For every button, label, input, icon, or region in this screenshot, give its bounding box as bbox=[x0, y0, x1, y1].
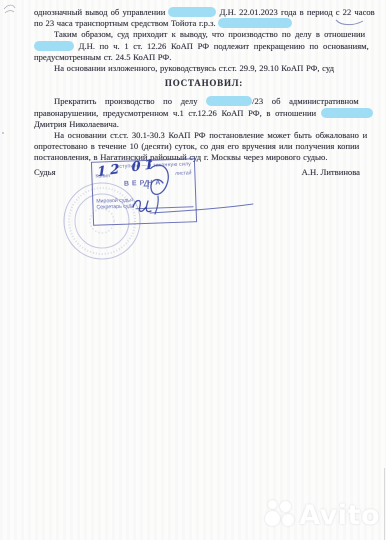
signature-row: Судья А.Н. Литвинова bbox=[34, 167, 374, 178]
redaction-highlight bbox=[206, 96, 252, 106]
corner-scribble bbox=[4, 5, 15, 13]
text-run: Прекратить производство по делу bbox=[54, 96, 198, 106]
text-run: правонарушении, предусмотренном ч.1 ст.1… bbox=[34, 108, 316, 118]
avito-logo-icon bbox=[265, 499, 296, 530]
doc-line: Д.Н. по ч. 1 ст. 12.26 КоАП РФ подлежит … bbox=[34, 41, 374, 52]
doc-line: На основании изложенного, руководствуясь… bbox=[34, 63, 374, 74]
ink-speck bbox=[2, 132, 4, 134]
scanned-court-ruling-page: однозначный вывод об управлении Д.Н. 22.… bbox=[0, 0, 386, 540]
text-run: предусмотренным ст. 24.5 КоАП РФ. bbox=[34, 52, 171, 62]
text-run: На основании изложенного, руководствуясь… bbox=[54, 63, 334, 73]
doc-line: Прекратить производство по делу /23 об а… bbox=[34, 96, 374, 107]
doc-line: опротестовано в течение 10 (десяти) суто… bbox=[34, 141, 374, 152]
text-run: Д.Н. 22.01.2023 года в период с 22 часов bbox=[220, 7, 375, 17]
text-run: Дмитрия Николаевича. bbox=[34, 119, 119, 129]
text-run: Таким образом, суд приходит к выводу, чт… bbox=[54, 29, 365, 39]
doc-line: по 23 часа транспортным средством Тойота… bbox=[34, 18, 374, 29]
court-ruling-text: однозначный вывод об управлении Д.Н. 22.… bbox=[34, 7, 374, 179]
text-run: Д.Н. по ч. 1 ст. 12.26 КоАП РФ подлежит … bbox=[79, 41, 369, 51]
stamp-signature-line bbox=[136, 206, 194, 209]
judge-name: А.Н. Литвинова bbox=[302, 167, 360, 178]
doc-line: Дмитрия Николаевича. bbox=[34, 119, 374, 130]
avito-wordmark: Avito bbox=[299, 501, 380, 530]
doc-line: Таким образом, суд приходит к выводу, чт… bbox=[34, 29, 374, 40]
resolution-heading: ПОСТАНОВИЛ: bbox=[34, 78, 374, 89]
doc-line: На основании ст.ст. 30.1-30.3 КоАП РФ по… bbox=[34, 130, 374, 141]
redaction-highlight bbox=[321, 108, 373, 118]
doc-line: постановления, в Нагатинский районный су… bbox=[34, 152, 374, 163]
text-run: однозначный вывод об управлении bbox=[34, 7, 165, 17]
redaction-highlight bbox=[168, 7, 216, 17]
redaction-highlight bbox=[34, 41, 74, 51]
text-run: опротестовано в течение 10 (десяти) суто… bbox=[34, 141, 359, 151]
text-run: На основании ст.ст. 30.1-30.3 КоАП РФ по… bbox=[54, 130, 367, 140]
doc-line: однозначный вывод об управлении Д.Н. 22.… bbox=[34, 7, 374, 18]
scan-edge-line bbox=[384, 468, 385, 540]
judge-label: Судья bbox=[34, 167, 56, 178]
avito-watermark: Avito bbox=[265, 499, 380, 530]
stamp-roles: Мировой судья Секретарь суда bbox=[96, 197, 134, 211]
stamp-role-secretary: Секретарь суда bbox=[96, 204, 134, 212]
doc-line: правонарушении, предусмотренном ч.1 ст.1… bbox=[34, 108, 374, 119]
doc-line: предусмотренным ст. 24.5 КоАП РФ. bbox=[34, 52, 374, 63]
text-run: по 23 часа транспортным средством Тойота… bbox=[34, 18, 216, 28]
text-run: /23 об административном bbox=[252, 96, 359, 106]
stamp-certified-label: ВЕРНА bbox=[93, 178, 195, 189]
stamp-copy-suffix: листах bbox=[175, 170, 192, 177]
redaction-highlight bbox=[218, 18, 292, 28]
